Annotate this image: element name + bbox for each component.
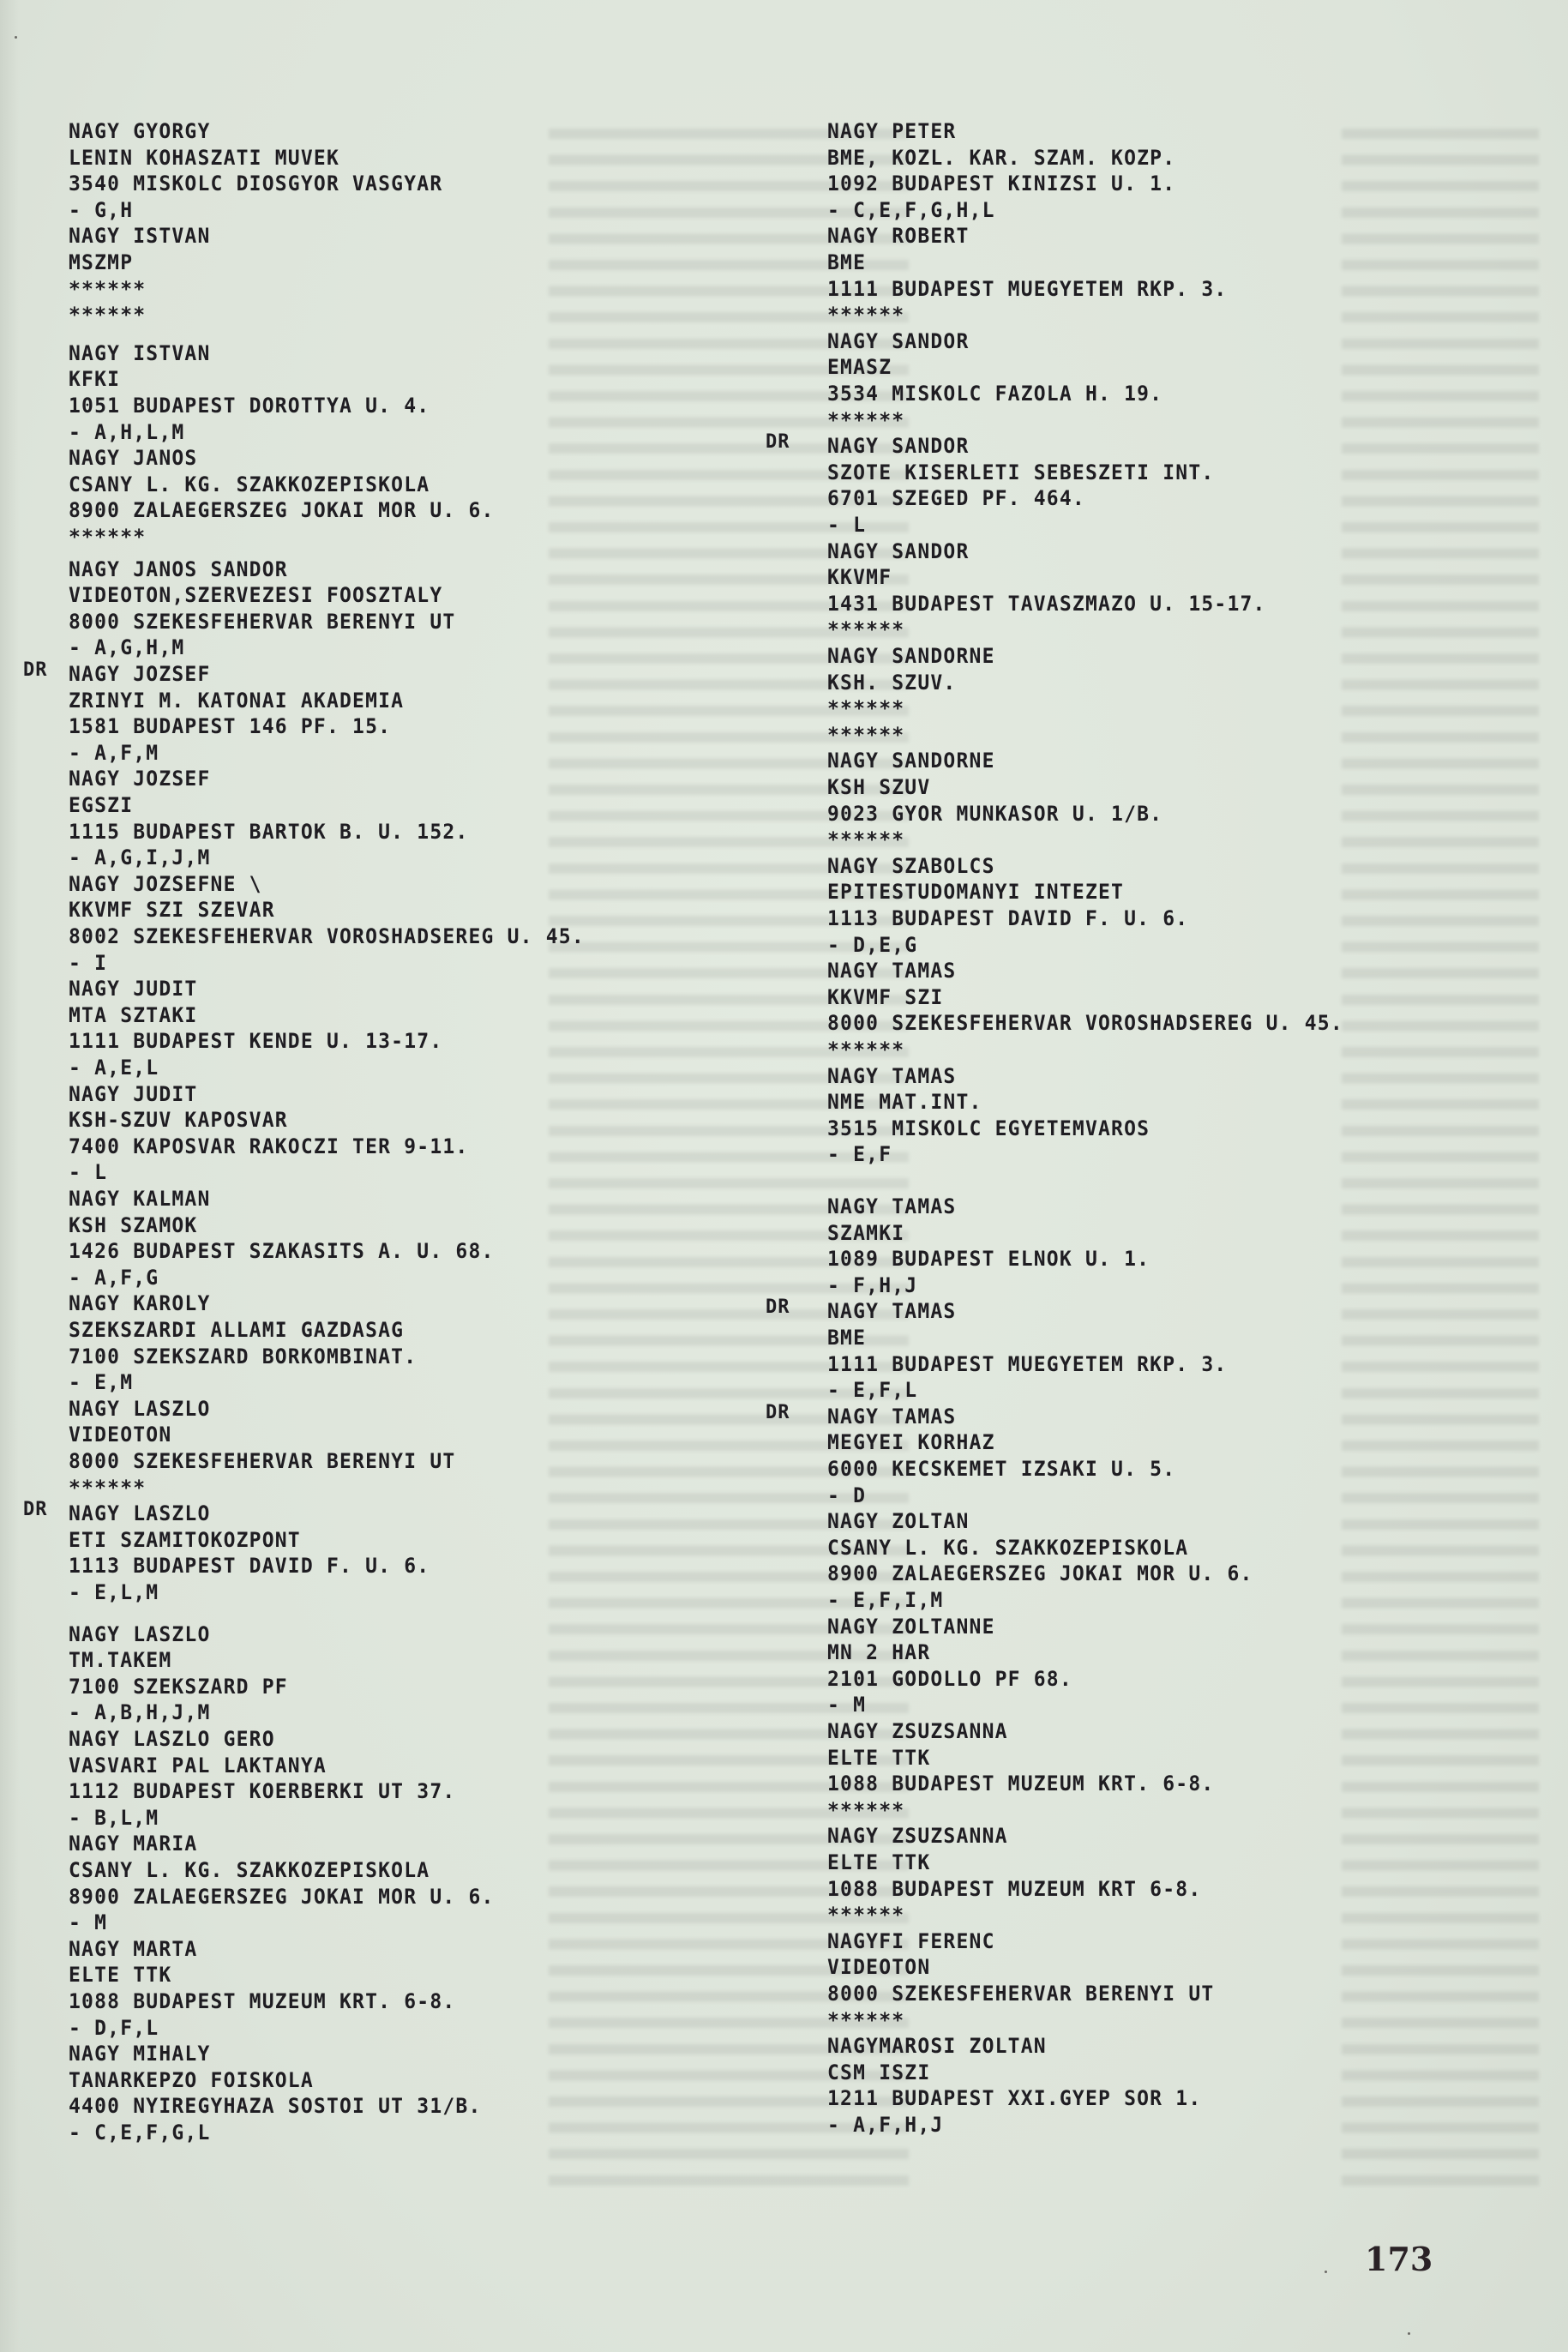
entry-codes: - C,E,F,G,L [69, 2121, 211, 2144]
entry-address: 1111 BUDAPEST MUEGYETEM RKP. 3. [827, 278, 1227, 301]
page-number: 173 [1365, 2240, 1433, 2278]
entry-organization: VIDEOTON,SZERVEZESI FOOSZTALY [69, 584, 442, 607]
entry-name: NAGY LASZLO [69, 1623, 211, 1646]
entry-codes: - A,F,G [69, 1266, 159, 1290]
entry-name: NAGY SANDORNE [827, 645, 995, 668]
title-prefix: DR [766, 1296, 790, 1319]
entry-organization: EPITESTUDOMANYI INTEZET [827, 881, 1124, 904]
entry-codes: - A,E,L [69, 1056, 159, 1080]
title-prefix: DR [766, 1402, 790, 1424]
entry-codes: - D,E,G [827, 934, 917, 957]
scanned-page: NAGY GYORGYLENIN KOHASZATI MUVEK3540 MIS… [0, 0, 1568, 2352]
entry-address: 2101 GODOLLO PF 68. [827, 1668, 1072, 1691]
entry-name: NAGY ZOLTANNE [827, 1615, 995, 1639]
entry-name: NAGY JANOS SANDOR [69, 558, 288, 581]
entry-codes: - B,L,M [69, 1807, 159, 1830]
entry-codes: - L [69, 1161, 107, 1184]
entry-address: 1051 BUDAPEST DOROTTYA U. 4. [69, 394, 430, 418]
entry-address: 1431 BUDAPEST TAVASZMAZO U. 15-17. [827, 593, 1266, 616]
entry-name: NAGY ZSUZSANNA [827, 1825, 1008, 1848]
entry-separator: ****** [69, 304, 146, 327]
entry-name: NAGY TAMAS [827, 1300, 956, 1323]
entry-codes: - A,B,H,J,M [69, 1701, 211, 1724]
entry-organization: KKVMF SZI [827, 986, 943, 1009]
entry-address: 1088 BUDAPEST MUZEUM KRT. 6-8. [827, 1772, 1214, 1796]
entry-name: NAGY MARTA [69, 1938, 197, 1961]
entry-codes: - D [827, 1484, 866, 1507]
entry-name: NAGY KALMAN [69, 1188, 211, 1211]
entry-codes: - C,E,F,G,H,L [827, 199, 995, 222]
entry-address: 8900 ZALAEGERSZEG JOKAI MOR U. 6. [827, 1562, 1253, 1585]
entry-name: NAGY MIHALY [69, 2042, 211, 2066]
entry-address: 1112 BUDAPEST KOERBERKI UT 37. [69, 1780, 455, 1803]
title-prefix: DR [23, 659, 48, 682]
entry-organization: LENIN KOHASZATI MUVEK [69, 147, 339, 170]
entry-separator: ****** [827, 2009, 904, 2032]
entry-organization: ELTE TTK [827, 1851, 930, 1874]
entry-organization: KSH SZAMOK [69, 1214, 197, 1237]
entry-codes: - D,F,L [69, 2017, 159, 2040]
entry-name: NAGY ROBERT [827, 225, 970, 248]
entry-organization: NME MAT.INT. [827, 1091, 982, 1114]
entry-codes: - A,F,M [69, 742, 159, 765]
bleed-through-text [1342, 120, 1539, 2195]
entry-address: 8000 SZEKESFEHERVAR VOROSHADSEREG U. 45. [827, 1012, 1343, 1035]
entry-organization: MEGYEI KORHAZ [827, 1431, 995, 1454]
entry-separator: ****** [827, 697, 904, 720]
entry-name: NAGY ZSUZSANNA [827, 1720, 1008, 1743]
entry-separator: ****** [69, 1477, 146, 1500]
entry-codes: - A,H,L,M [69, 421, 184, 444]
entry-name: NAGY LASZLO [69, 1502, 211, 1525]
entry-address: 8000 SZEKESFEHERVAR BERENYI UT [827, 1982, 1214, 2006]
entry-codes: - A,G,H,M [69, 636, 184, 659]
entry-name: NAGY JANOS [69, 447, 197, 470]
entry-organization: CSANY L. KG. SZAKKOZEPISKOLA [69, 473, 430, 496]
entry-address: 3515 MISKOLC EGYETEMVAROS [827, 1117, 1150, 1140]
entry-address: 6701 SZEGED PF. 464. [827, 487, 1085, 510]
entry-codes: - E,L,M [69, 1581, 159, 1604]
entry-name: NAGY ISTVAN [69, 225, 211, 248]
entry-address: 8000 SZEKESFEHERVAR BERENYI UT [69, 611, 455, 634]
entry-name: NAGY JUDIT [69, 1083, 197, 1106]
entry-address: 1115 BUDAPEST BARTOK B. U. 152. [69, 821, 468, 844]
entry-codes: - I [69, 952, 107, 975]
entry-separator: ****** [827, 618, 904, 641]
entry-name: NAGY SANDORNE [827, 749, 995, 773]
entry-address: 1088 BUDAPEST MUZEUM KRT. 6-8. [69, 1990, 455, 2013]
paper-speck [1325, 2271, 1327, 2273]
entry-name: NAGY JOZSEF [69, 767, 211, 791]
entry-organization: EMASZ [827, 356, 892, 379]
entry-address: 7400 KAPOSVAR RAKOCZI TER 9-11. [69, 1135, 468, 1158]
entry-name: NAGY SZABOLCS [827, 855, 995, 878]
entry-organization: VASVARI PAL LAKTANYA [69, 1754, 327, 1778]
entry-address: 1113 BUDAPEST DAVID F. U. 6. [69, 1555, 430, 1578]
entry-separator: ****** [69, 526, 146, 549]
entry-organization: KKVMF SZI SZEVAR [69, 899, 275, 922]
entry-address: 8002 SZEKESFEHERVAR VOROSHADSEREG U. 45. [69, 925, 585, 948]
entry-address: 1211 BUDAPEST XXI.GYEP SOR 1. [827, 2087, 1201, 2110]
entry-address: 1088 BUDAPEST MUZEUM KRT 6-8. [827, 1878, 1201, 1901]
entry-organization: TM.TAKEM [69, 1649, 171, 1672]
entry-name: NAGY TAMAS [827, 1065, 956, 1088]
entry-organization: MSZMP [69, 251, 133, 274]
entry-separator: ****** [827, 828, 904, 851]
entry-codes: - E,F,I,M [827, 1589, 943, 1612]
entry-separator: ****** [827, 1799, 904, 1822]
entry-codes: - G,H [69, 199, 133, 222]
entry-address: 1089 BUDAPEST ELNOK U. 1. [827, 1248, 1150, 1271]
entry-name: NAGY MARIA [69, 1832, 197, 1856]
entry-codes: - E,F [827, 1143, 892, 1166]
entry-separator: ****** [827, 1904, 904, 1927]
entry-organization: CSANY L. KG. SZAKKOZEPISKOLA [69, 1859, 430, 1882]
entry-address: 3534 MISKOLC FAZOLA H. 19. [827, 382, 1162, 406]
entry-address: 4400 NYIREGYHAZA SOSTOI UT 31/B. [69, 2095, 482, 2118]
entry-name: NAGY ISTVAN [69, 342, 211, 365]
entry-organization: BME [827, 251, 866, 274]
entry-organization: KKVMF [827, 566, 892, 589]
entry-organization: KFKI [69, 368, 120, 391]
entry-address: 3540 MISKOLC DIOSGYOR VASGYAR [69, 172, 442, 195]
entry-separator: ****** [827, 409, 904, 432]
entry-codes: - M [827, 1693, 866, 1717]
entry-organization: MTA SZTAKI [69, 1004, 197, 1027]
entry-organization: SZOTE KISERLETI SEBESZETI INT. [827, 461, 1214, 484]
entry-organization: VIDEOTON [827, 1956, 930, 1979]
entry-codes: - F,H,J [827, 1274, 917, 1297]
entry-organization: ELTE TTK [827, 1747, 930, 1770]
entry-organization: BME [827, 1326, 866, 1350]
entry-name: NAGY TAMAS [827, 1195, 956, 1218]
entry-address: 1581 BUDAPEST 146 PF. 15. [69, 715, 391, 738]
entry-name: NAGY JOZSEF [69, 663, 211, 686]
entry-name: NAGY SANDOR [827, 330, 970, 353]
entry-name: NAGY JUDIT [69, 977, 197, 1001]
entry-organization: ZRINYI M. KATONAI AKADEMIA [69, 689, 404, 713]
entry-organization: ETI SZAMITOKOZPONT [69, 1529, 301, 1552]
entry-organization: ELTE TTK [69, 1964, 171, 1987]
entry-name: NAGY GYORGY [69, 120, 211, 143]
entry-organization: CSM ISZI [827, 2061, 930, 2084]
entry-organization: CSANY L. KG. SZAKKOZEPISKOLA [827, 1537, 1188, 1560]
entry-address: 7100 SZEKSZARD PF [69, 1675, 288, 1699]
entry-name: NAGY LASZLO [69, 1398, 211, 1421]
entry-organization: KSH SZUV [827, 776, 930, 799]
entry-organization: MN 2 HAR [827, 1641, 930, 1664]
entry-codes: - A,F,H,J [827, 2114, 943, 2137]
entry-name: NAGY JOZSEFNE \ [69, 873, 262, 896]
entry-organization: SZAMKI [827, 1222, 904, 1245]
entry-codes: - L [827, 514, 866, 537]
entry-address: 1111 BUDAPEST MUEGYETEM RKP. 3. [827, 1353, 1227, 1376]
entry-codes: - E,M [69, 1371, 133, 1394]
entry-organization: TANARKEPZO FOISKOLA [69, 2069, 314, 2092]
entry-address: 7100 SZEKSZARD BORKOMBINAT. [69, 1345, 417, 1368]
entry-address: 9023 GYOR MUNKASOR U. 1/B. [827, 803, 1162, 826]
page-edge-shadow [0, 0, 19, 2352]
entry-name: NAGYFI FERENC [827, 1930, 995, 1953]
entry-name: NAGY KAROLY [69, 1292, 211, 1315]
entry-name: NAGY ZOLTAN [827, 1510, 970, 1533]
entry-separator: ****** [827, 724, 904, 747]
entry-name: NAGY PETER [827, 120, 956, 143]
entry-separator: ****** [827, 1038, 904, 1062]
entry-address: 1113 BUDAPEST DAVID F. U. 6. [827, 907, 1188, 930]
entry-name: NAGY SANDOR [827, 540, 970, 563]
entry-name: NAGY TAMAS [827, 1405, 956, 1429]
entry-organization: KSH-SZUV KAPOSVAR [69, 1109, 288, 1132]
entry-codes: - M [69, 1911, 107, 1934]
entry-name: NAGY TAMAS [827, 959, 956, 983]
entry-codes: - E,F,L [827, 1379, 917, 1402]
paper-speck [15, 36, 17, 39]
entry-organization: BME, KOZL. KAR. SZAM. KOZP. [827, 147, 1175, 170]
entry-organization: VIDEOTON [69, 1423, 171, 1447]
paper-speck [1408, 2332, 1410, 2335]
entry-organization: KSH. SZUV. [827, 671, 956, 695]
title-prefix: DR [766, 431, 790, 454]
entry-address: 6000 KECSKEMET IZSAKI U. 5. [827, 1458, 1175, 1481]
entry-separator: ****** [69, 278, 146, 301]
entry-address: 1426 BUDAPEST SZAKASITS A. U. 68. [69, 1240, 495, 1263]
title-prefix: DR [23, 1499, 48, 1521]
entry-organization: SZEKSZARDI ALLAMI GAZDASAG [69, 1319, 404, 1342]
entry-organization: EGSZI [69, 794, 133, 817]
entry-address: 8900 ZALAEGERSZEG JOKAI MOR U. 6. [69, 1886, 495, 1909]
entry-name: NAGYMAROSI ZOLTAN [827, 2035, 1047, 2058]
entry-address: 1111 BUDAPEST KENDE U. 13-17. [69, 1030, 442, 1053]
entry-address: 8000 SZEKESFEHERVAR BERENYI UT [69, 1450, 455, 1473]
entry-address: 1092 BUDAPEST KINIZSI U. 1. [827, 172, 1175, 195]
entry-address: 8900 ZALAEGERSZEG JOKAI MOR U. 6. [69, 499, 495, 522]
entry-codes: - A,G,I,J,M [69, 846, 211, 869]
entry-separator: ****** [827, 304, 904, 327]
entry-name: NAGY SANDOR [827, 435, 970, 458]
entry-name: NAGY LASZLO GERO [69, 1728, 275, 1751]
